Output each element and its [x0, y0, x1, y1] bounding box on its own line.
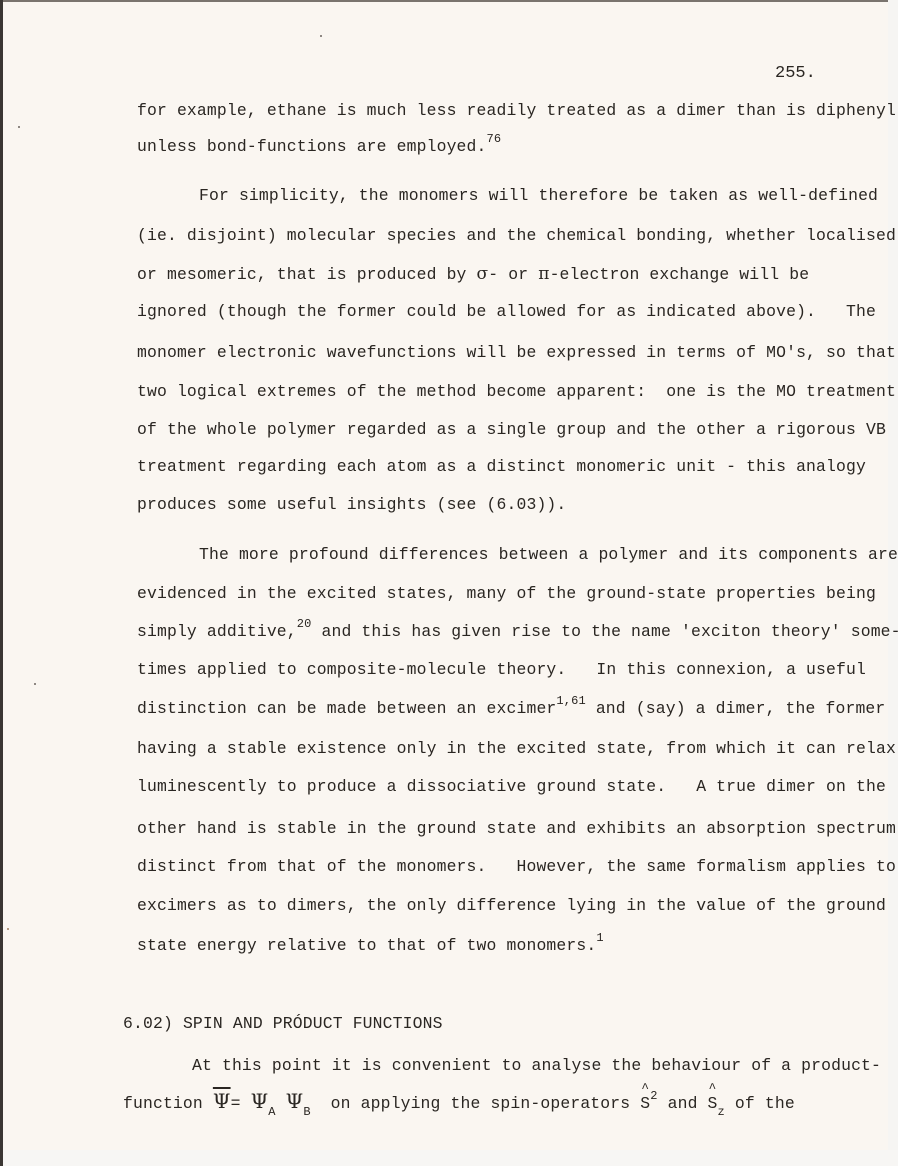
- text-line: state energy relative to that of two mon…: [137, 936, 604, 955]
- text-line: The more profound differences between a …: [199, 545, 898, 564]
- text-span: or mesomeric, that is produced by: [137, 265, 477, 284]
- subscript-b: B: [303, 1105, 310, 1119]
- section-heading: 6.02) SPIN AND PRÓDUCT FUNCTIONS: [123, 1014, 443, 1033]
- text-line: For simplicity, the monomers will theref…: [199, 186, 878, 205]
- text-line: distinction can be made between an excim…: [137, 699, 885, 718]
- operator-letter: S: [708, 1094, 718, 1113]
- hat-mark: ^: [641, 1081, 649, 1096]
- text-line: evidenced in the excited states, many of…: [137, 584, 876, 603]
- text-line: other hand is stable in the ground state…: [137, 819, 896, 838]
- text-span: and this has given rise to the name 'exc…: [311, 622, 898, 641]
- scan-bottom-margin: [3, 1150, 898, 1166]
- text-line: having a stable existence only in the ex…: [137, 739, 896, 758]
- psi-symbol: Ψ: [286, 1089, 304, 1113]
- text-line: times applied to composite-molecule theo…: [137, 660, 866, 679]
- text-line: for example, ethane is much less readily…: [137, 101, 898, 120]
- document-page: [3, 2, 888, 1150]
- text-line: or mesomeric, that is produced by σ- or …: [137, 264, 809, 284]
- text-span: - or: [488, 265, 538, 284]
- scan-right-margin: [888, 0, 898, 1166]
- text-span: and (say) a dimer, the former: [586, 699, 886, 718]
- text-span: -electron exchange will be: [550, 265, 810, 284]
- section-title: SPIN AND PRÓDUCT FUNCTIONS: [183, 1014, 443, 1033]
- text-line: (ie. disjoint) molecular species and the…: [137, 226, 896, 245]
- text-line: simply additive,20 and this has given ri…: [137, 622, 898, 641]
- text-line: distinct from that of the monomers. Howe…: [137, 857, 896, 876]
- text-line: function Ψ= ΨA ΨB on applying the spin-o…: [123, 1089, 795, 1113]
- text-line: produces some useful insights (see (6.03…: [137, 495, 566, 514]
- text-line: unless bond-functions are employed.76: [137, 137, 501, 156]
- paper-speck: [34, 683, 36, 685]
- page-number: 255.: [775, 64, 816, 83]
- text-line: ignored (though the former could be allo…: [137, 302, 876, 321]
- text-span: state energy relative to that of two mon…: [137, 936, 596, 955]
- text-line: monomer electronic wavefunctions will be…: [137, 343, 896, 362]
- operator-letter: S: [640, 1094, 650, 1113]
- s-squared-operator: ^S: [640, 1094, 650, 1113]
- text-span: of the: [725, 1094, 795, 1113]
- subscript-a: A: [268, 1105, 275, 1119]
- paper-speck: [18, 126, 20, 128]
- text-line: At this point it is convenient to analys…: [192, 1056, 881, 1075]
- text-span: simply additive,: [137, 622, 297, 641]
- scan-left-edge: [0, 0, 3, 1166]
- text-span: distinction can be made between an excim…: [137, 699, 556, 718]
- sigma-symbol: σ: [477, 264, 489, 284]
- text-span: and: [658, 1094, 708, 1113]
- pi-symbol: π: [538, 264, 549, 284]
- section-number: 6.02): [123, 1014, 173, 1033]
- s-z-operator: ^S: [708, 1094, 718, 1113]
- subscript-z: z: [718, 1105, 725, 1119]
- text-line: of the whole polymer regarded as a singl…: [137, 420, 886, 439]
- text-line: luminescently to produce a dissociative …: [137, 777, 886, 796]
- paper-speck: [7, 928, 9, 930]
- hat-mark: ^: [709, 1081, 717, 1096]
- text-span: function: [123, 1094, 213, 1113]
- text-line: two logical extremes of the method becom…: [137, 382, 896, 401]
- text-line: excimers as to dimers, the only differen…: [137, 896, 886, 915]
- psi-bar-symbol: Ψ: [213, 1089, 231, 1113]
- psi-symbol: Ψ: [251, 1089, 269, 1113]
- footnote-ref: 1,61: [556, 694, 585, 708]
- footnote-ref: 76: [487, 132, 502, 146]
- paper-speck: [320, 35, 322, 37]
- text-line: treatment regarding each atom as a disti…: [137, 457, 866, 476]
- equals-sign: =: [231, 1094, 241, 1113]
- footnote-ref: 20: [297, 617, 312, 631]
- text-span: on applying the spin-operators: [311, 1094, 641, 1113]
- text-span: unless bond-functions are employed.: [137, 137, 487, 156]
- superscript-2: 2: [650, 1089, 657, 1103]
- footnote-ref: 1: [596, 931, 603, 945]
